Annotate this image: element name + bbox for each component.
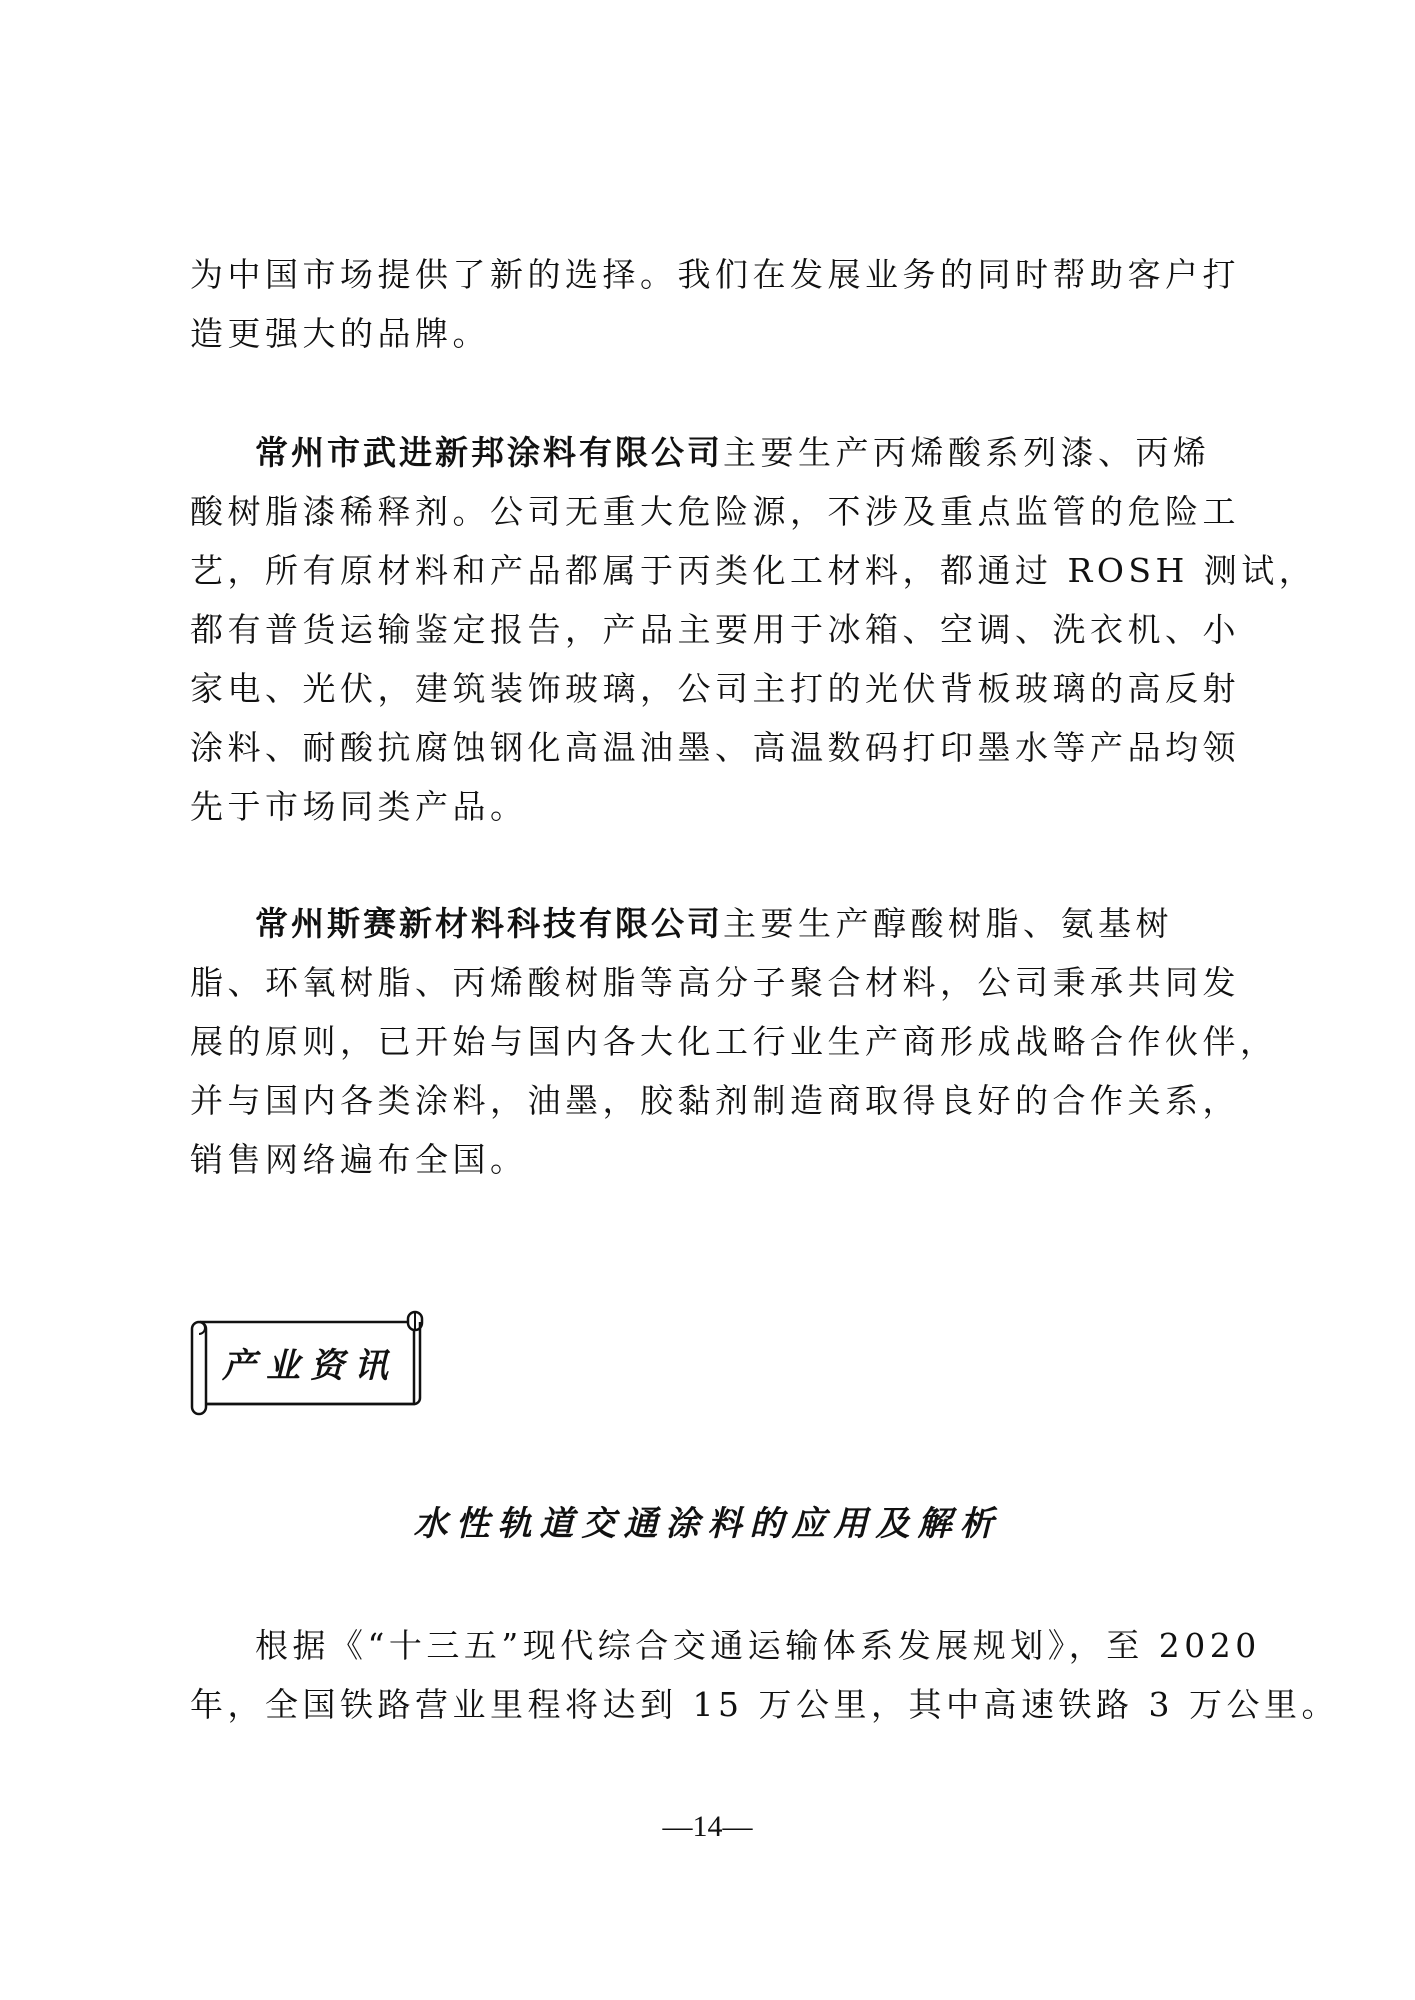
company-1-first-line: 常州市武进新邦涂料有限公司主要生产丙烯酸系列漆、丙烯 [255,433,1211,473]
company-2-name: 常州斯赛新材料科技有限公司 [255,904,723,943]
company-1-name: 常州市武进新邦涂料有限公司 [255,433,723,472]
paragraph-line: 艺，所有原材料和产品都属于丙类化工材料，都通过 ROSH 测试， [190,551,1316,591]
paragraph-line: 酸树脂漆稀释剂。公司无重大危险源，不涉及重点监管的危险工 [190,492,1240,532]
paragraph-line: 为中国市场提供了新的选择。我们在发展业务的同时帮助客户打 [190,255,1240,295]
page-number: —14— [0,1810,1415,1844]
paragraph-line: 年，全国铁路营业里程将达到 15 万公里，其中高速铁路 3 万公里。 [190,1685,1339,1725]
paragraph-line: 造更强大的品牌。 [190,314,490,354]
paragraph-line: 脂、环氧树脂、丙烯酸树脂等高分子聚合材料，公司秉承共同发 [190,963,1240,1003]
section-banner: 产业资讯 [186,1308,426,1418]
paragraph-line: 都有普货运输鉴定报告，产品主要用于冰箱、空调、洗衣机、小 [190,610,1240,650]
paragraph-line: 先于市场同类产品。 [190,787,528,827]
company-2-first-line: 常州斯赛新材料科技有限公司主要生产醇酸树脂、氨基树 [255,904,1173,944]
paragraph-line: 销售网络遍布全国。 [190,1140,528,1180]
section-banner-label: 产业资讯 [222,1338,398,1387]
paragraph-line: 根据《“十三五”现代综合交通运输体系发展规划》，至 2020 [255,1626,1261,1666]
article-title: 水性轨道交通涂料的应用及解析 [0,1496,1415,1545]
paragraph-line: 涂料、耐酸抗腐蚀钢化高温油墨、高温数码打印墨水等产品均领 [190,728,1240,768]
paragraph-line: 家电、光伏，建筑装饰玻璃，公司主打的光伏背板玻璃的高反射 [190,669,1240,709]
paragraph-line: 展的原则，已开始与国内各大化工行业生产商形成战略合作伙伴， [190,1022,1278,1062]
paragraph-line: 并与国内各类涂料，油墨，胶黏剂制造商取得良好的合作关系， [190,1081,1240,1121]
